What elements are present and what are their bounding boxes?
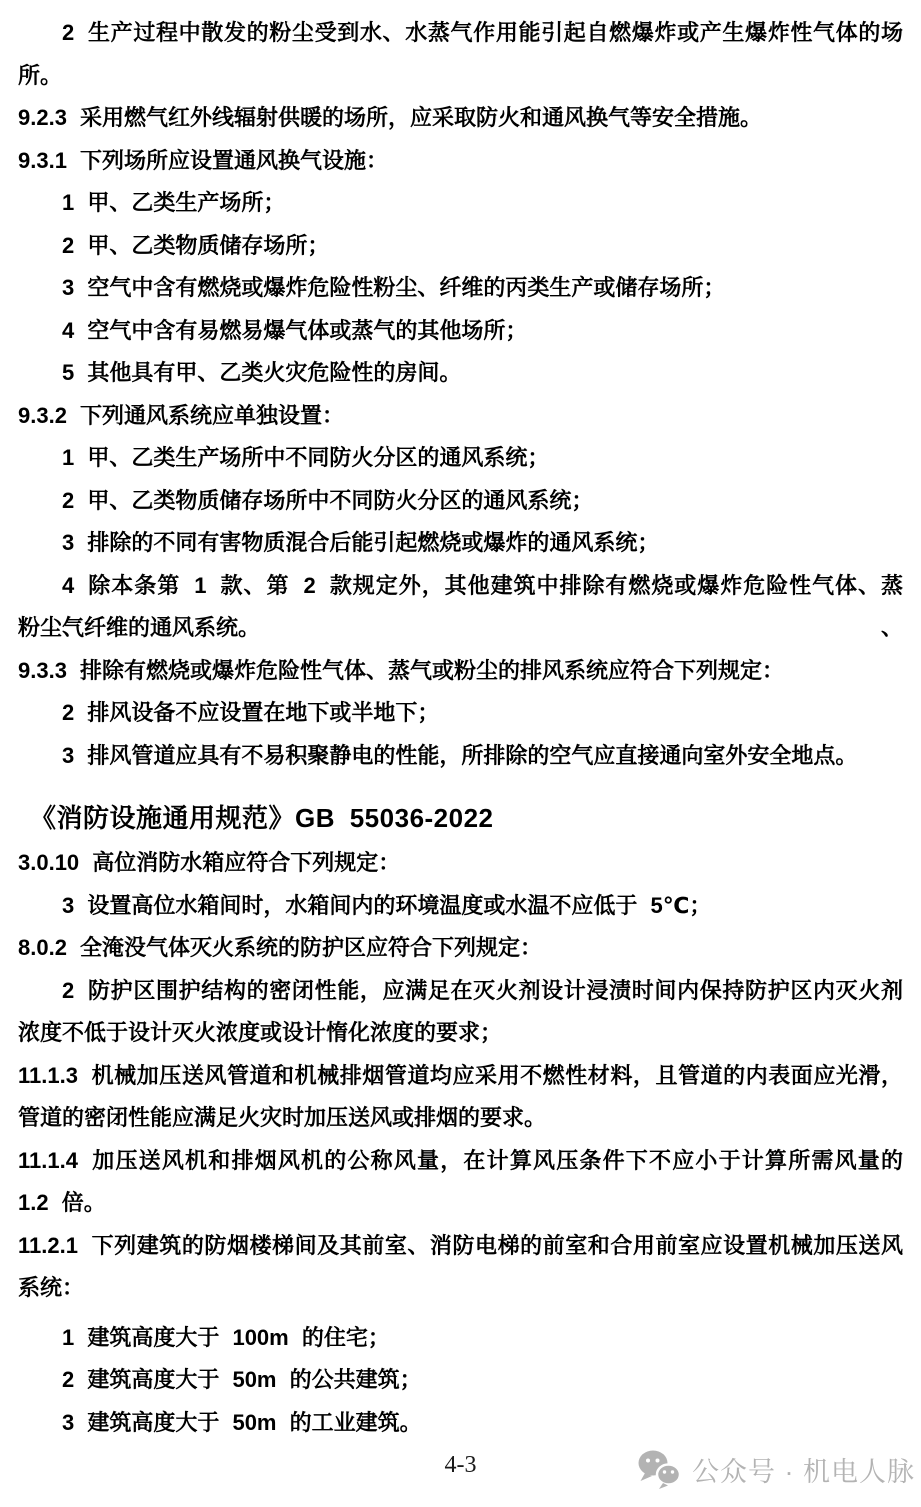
text-line: 9.3.3 排除有燃烧或爆炸危险性气体、蒸气或粉尘的排风系统应符合下列规定： — [18, 650, 903, 693]
text-line: 3 空气中含有燃烧或爆炸危险性粉尘、纤维的丙类生产或储存场所； — [18, 267, 903, 310]
text-line: 浓度不低于设计灭火浓度或设计惰化浓度的要求； — [18, 1012, 903, 1055]
text-line: 系统： — [18, 1267, 903, 1310]
text-line: 11.2.1 下列建筑的防烟楼梯间及其前室、消防电梯的前室和合用前室应设置机械加… — [18, 1225, 903, 1268]
text-line: 9.3.2 下列通风系统应单独设置： — [18, 395, 903, 438]
text-line: 3 排风管道应具有不易积聚静电的性能，所排除的空气应直接通向室外安全地点。 — [18, 735, 903, 778]
text-line: 2 甲、乙类物质储存场所中不同防火分区的通风系统； — [18, 480, 903, 523]
text-line: 11.1.4 加压送风机和排烟风机的公称风量，在计算风压条件下不应小于计算所需风… — [18, 1140, 903, 1183]
text-line: 3 排除的不同有害物质混合后能引起燃烧或爆炸的通风系统； — [18, 522, 903, 565]
text-line: 8.0.2 全淹没气体灭火系统的防护区应符合下列规定： — [18, 927, 903, 970]
text-line: 3.0.10 高位消防水箱应符合下列规定： — [18, 842, 903, 885]
watermark: 公众号 · 机电人脉 — [636, 1444, 915, 1494]
text-line: 2 排风设备不应设置在地下或半地下； — [18, 692, 903, 735]
text-line: 管道的密闭性能应满足火灾时加压送风或排烟的要求。 — [18, 1097, 903, 1140]
text-line: 9.2.3 采用燃气红外线辐射供暖的场所，应采取防火和通风换气等安全措施。 — [18, 97, 903, 140]
text-line: 2 建筑高度大于 50m 的公共建筑； — [18, 1359, 903, 1402]
document-body: 2 生产过程中散发的粉尘受到水、水蒸气作用能引起自燃爆炸或产生爆炸性气体的场所。… — [18, 12, 903, 1444]
text-line: 1.2 倍。 — [18, 1182, 903, 1225]
text-line: 3 设置高位水箱间时，水箱间内的环境温度或水温不应低于 5℃； — [18, 885, 903, 928]
text-line: 9.3.1 下列场所应设置通风换气设施： — [18, 140, 903, 183]
text-line: 1 建筑高度大于 100m 的住宅； — [18, 1317, 903, 1360]
section-heading: 《消防设施通用规范》GB 55036-2022 — [18, 795, 903, 842]
text-line: 所。 — [18, 55, 903, 98]
text-line: 1 甲、乙类生产场所中不同防火分区的通风系统； — [18, 437, 903, 480]
text-line: 2 生产过程中散发的粉尘受到水、水蒸气作用能引起自燃爆炸或产生爆炸性气体的场 — [18, 12, 903, 55]
watermark-text: 公众号 · 机电人脉 — [692, 1450, 915, 1489]
text-line: 4 除本条第 1 款、第 2 款规定外，其他建筑中排除有燃烧或爆炸危险性气体、蒸… — [18, 565, 903, 608]
text-line: 4 空气中含有易燃易爆气体或蒸气的其他场所； — [18, 310, 903, 353]
text-line: 3 建筑高度大于 50m 的工业建筑。 — [18, 1402, 903, 1445]
text-line: 2 防护区围护结构的密闭性能，应满足在灭火剂设计浸渍时间内保持防护区内灭火剂 — [18, 970, 903, 1013]
text-line: 1 甲、乙类生产场所； — [18, 182, 903, 225]
text-line: 2 甲、乙类物质储存场所； — [18, 225, 903, 268]
text-line: 5 其他具有甲、乙类火灾危险性的房间。 — [18, 352, 903, 395]
wechat-icon — [636, 1448, 682, 1490]
text-line: 11.1.3 机械加压送风管道和机械排烟管道均应采用不燃性材料，且管道的内表面应… — [18, 1055, 903, 1098]
